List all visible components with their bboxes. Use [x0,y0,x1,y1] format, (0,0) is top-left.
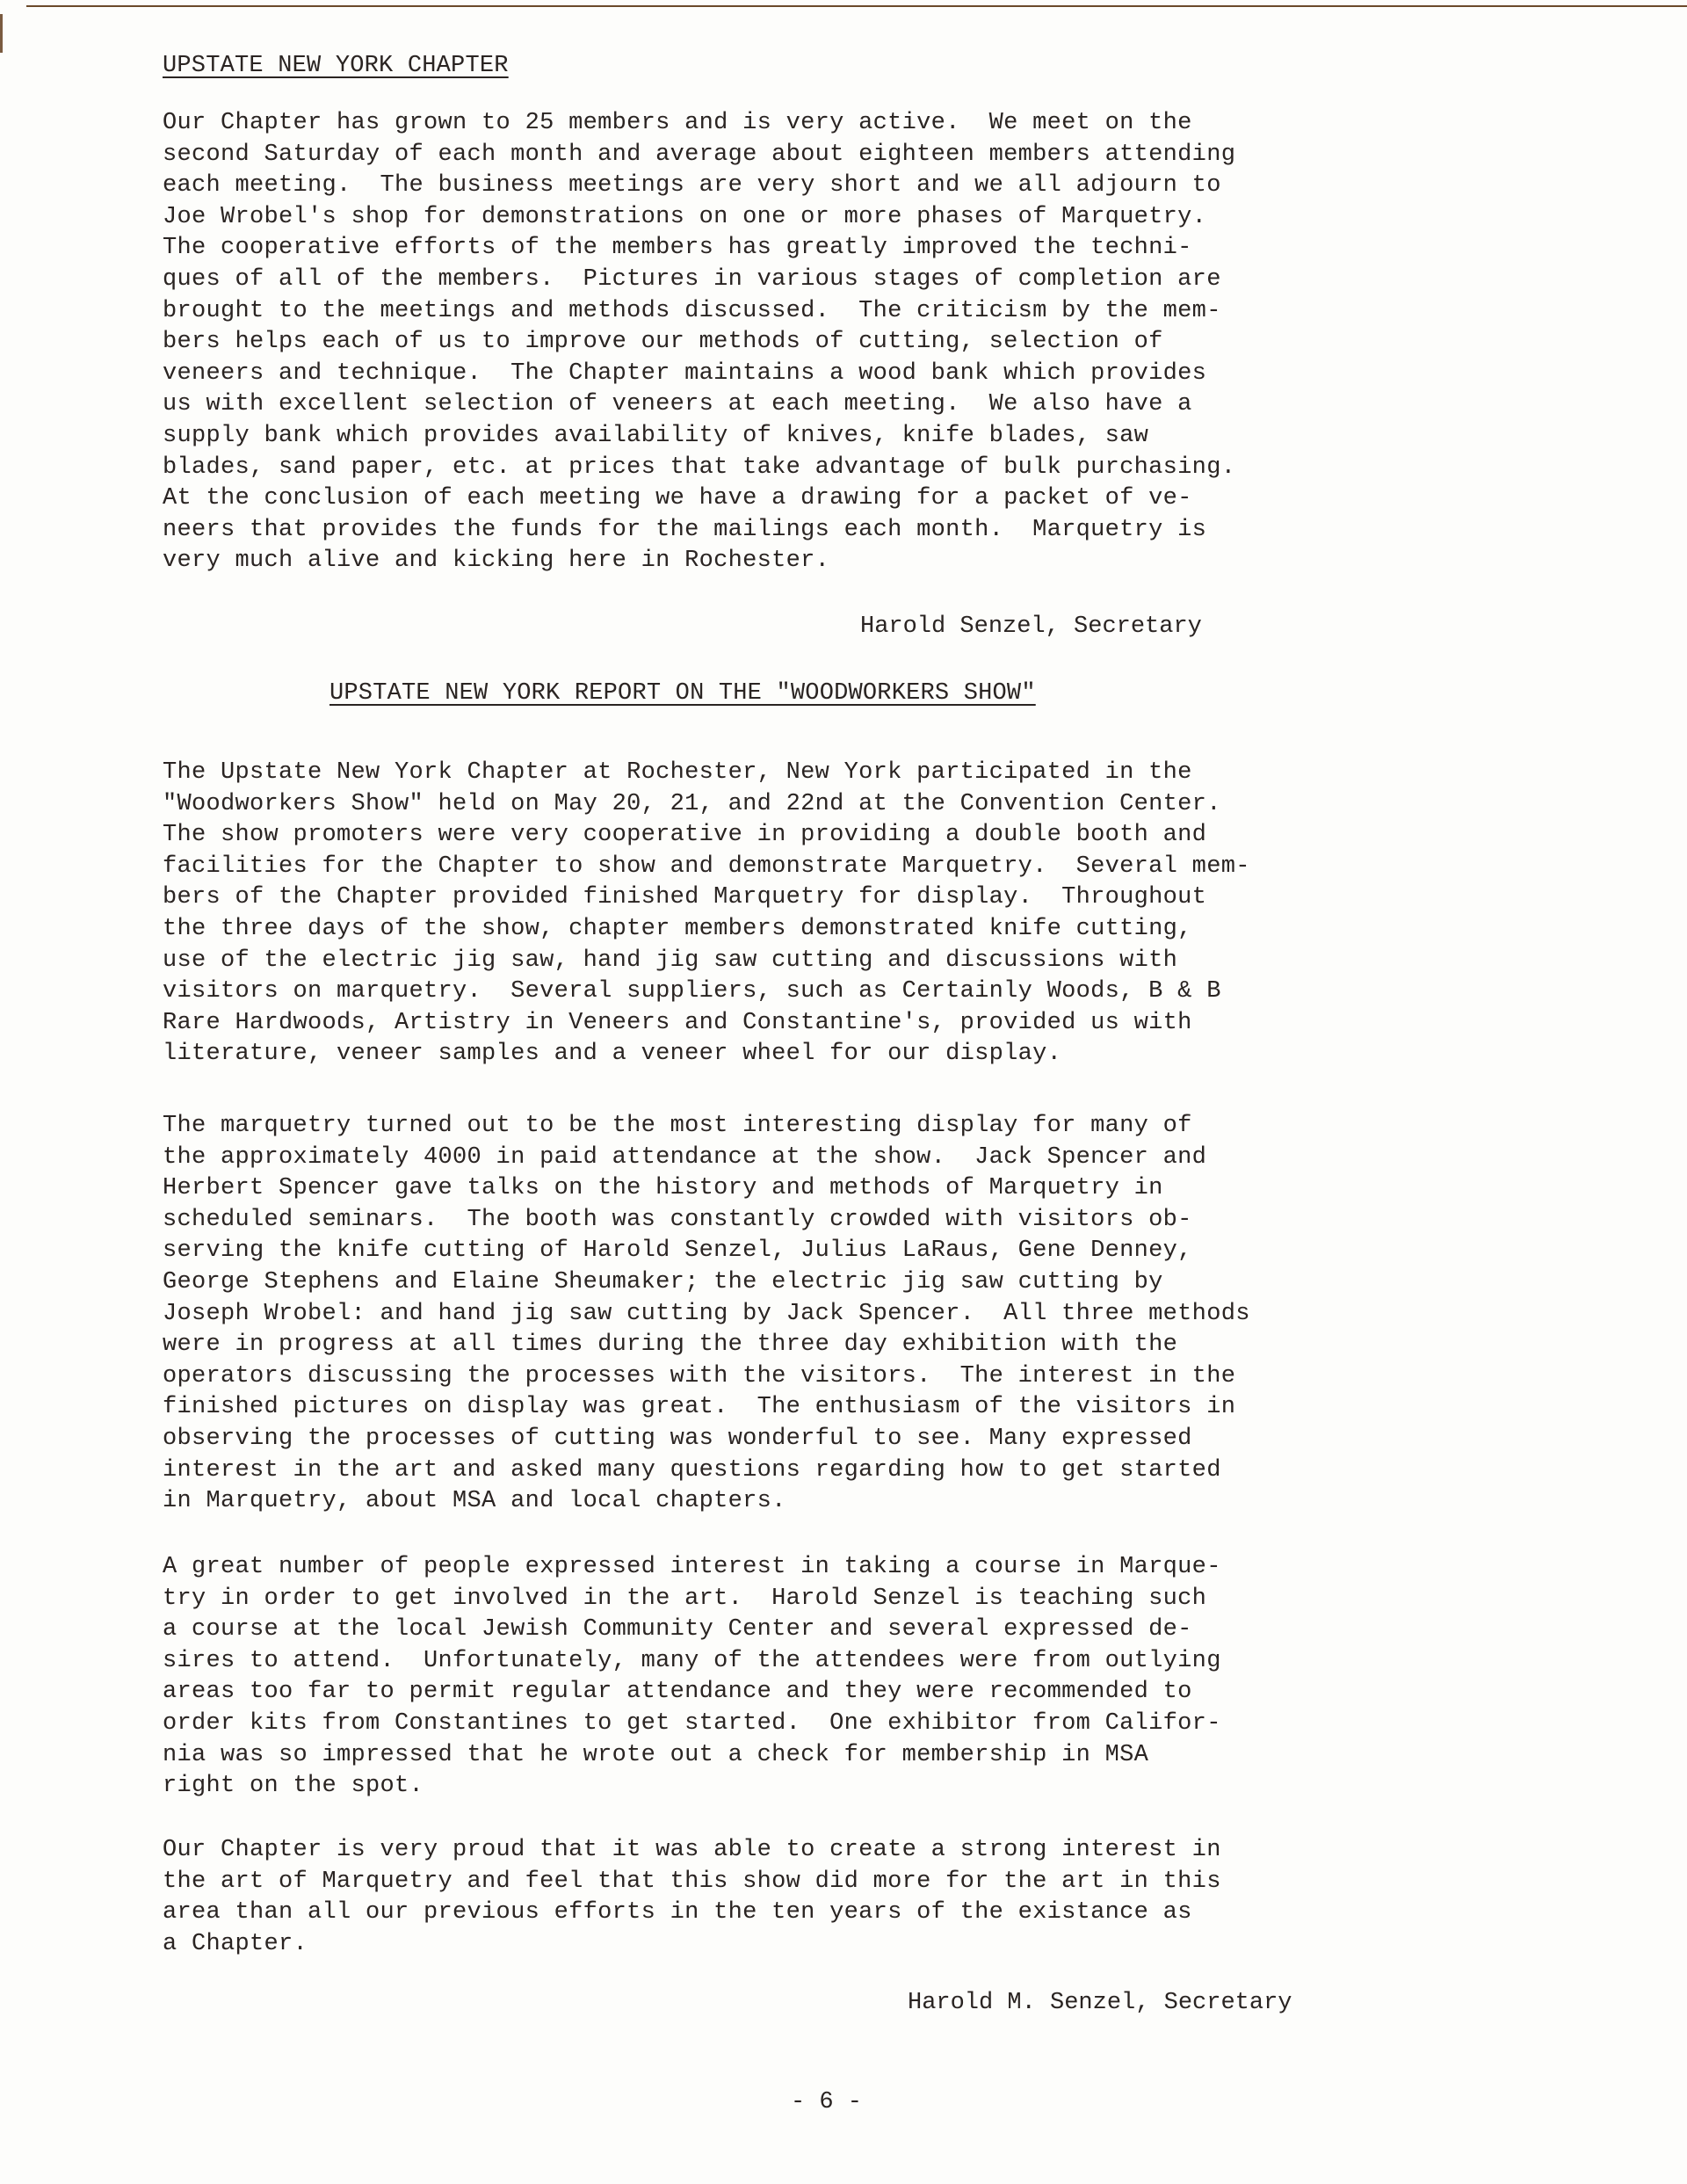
text-line: in Marquetry, about MSA and local chapte… [163,1486,1250,1518]
text-line: each meeting. The business meetings are … [163,171,1235,202]
text-line: brought to the meetings and methods disc… [163,296,1235,328]
text-line: The cooperative efforts of the members h… [163,233,1235,265]
text-line: supply bank which provides availability … [163,421,1235,453]
text-line: The Upstate New York Chapter at Rocheste… [163,758,1250,789]
page-number: - 6 - [791,2089,862,2115]
text-line: veneers and technique. The Chapter maint… [163,359,1235,390]
text-line: sires to attend. Unfortunately, many of … [163,1646,1221,1678]
text-line: ques of all of the members. Pictures in … [163,265,1235,296]
page-top-edge [26,5,1687,7]
text-line: The show promoters were very cooperative… [163,820,1250,852]
text-line: bers of the Chapter provided finished Ma… [163,882,1250,914]
text-line: the art of Marquetry and feel that this … [163,1867,1221,1898]
text-line: right on the spot. [163,1771,1221,1803]
section-2-paragraph-2: The marquetry turned out to be the most … [163,1111,1250,1518]
text-line: use of the electric jig saw, hand jig sa… [163,946,1250,977]
text-line: the approximately 4000 in paid attendanc… [163,1143,1250,1174]
text-line: bers helps each of us to improve our met… [163,327,1235,359]
section-2-paragraph-1: The Upstate New York Chapter at Rocheste… [163,758,1250,1070]
text-line: visitors on marquetry. Several suppliers… [163,976,1250,1008]
text-line: Rare Hardwoods, Artistry in Veneers and … [163,1008,1250,1040]
text-line: A great number of people expressed inter… [163,1552,1221,1584]
text-line: interest in the art and asked many quest… [163,1455,1250,1487]
text-line: George Stephens and Elaine Sheumaker; th… [163,1267,1250,1299]
text-line: Herbert Spencer gave talks on the histor… [163,1173,1250,1205]
page-corner-edge [0,14,3,53]
text-line: try in order to get involved in the art.… [163,1584,1221,1615]
section-1-signature: Harold Senzel, Secretary [860,613,1202,640]
text-line: Joseph Wrobel: and hand jig saw cutting … [163,1299,1250,1331]
text-line: At the conclusion of each meeting we hav… [163,483,1235,515]
text-line: finished pictures on display was great. … [163,1392,1250,1424]
section-1-heading: UPSTATE NEW YORK CHAPTER [163,53,509,79]
text-line: area than all our previous efforts in th… [163,1897,1221,1929]
section-2-heading: UPSTATE NEW YORK REPORT ON THE "WOODWORK… [329,680,1036,707]
section-2-paragraph-4: Our Chapter is very proud that it was ab… [163,1835,1221,1960]
text-line: "Woodworkers Show" held on May 20, 21, a… [163,789,1250,821]
text-line: nia was so impressed that he wrote out a… [163,1740,1221,1772]
text-line: The marquetry turned out to be the most … [163,1111,1250,1143]
text-line: Our Chapter is very proud that it was ab… [163,1835,1221,1867]
text-line: us with excellent selection of veneers a… [163,389,1235,421]
text-line: facilities for the Chapter to show and d… [163,852,1250,883]
section-2-signature: Harold M. Senzel, Secretary [908,1990,1292,2016]
text-line: literature, veneer samples and a veneer … [163,1039,1250,1070]
text-line: neers that provides the funds for the ma… [163,515,1235,547]
text-line: areas too far to permit regular attendan… [163,1677,1221,1709]
text-line: were in progress at all times during the… [163,1330,1250,1361]
section-1-body: Our Chapter has grown to 25 members and … [163,108,1235,577]
text-line: blades, sand paper, etc. at prices that … [163,453,1235,484]
section-2-paragraph-3: A great number of people expressed inter… [163,1552,1221,1803]
text-line: scheduled seminars. The booth was consta… [163,1205,1250,1237]
text-line: observing the processes of cutting was w… [163,1424,1250,1455]
text-line: order kits from Constantines to get star… [163,1709,1221,1740]
text-line: the three days of the show, chapter memb… [163,914,1250,946]
text-line: second Saturday of each month and averag… [163,140,1235,171]
text-line: operators discussing the processes with … [163,1361,1250,1393]
text-line: a Chapter. [163,1929,1221,1961]
text-line: Our Chapter has grown to 25 members and … [163,108,1235,140]
text-line: Joe Wrobel's shop for demonstrations on … [163,202,1235,234]
text-line: very much alive and kicking here in Roch… [163,546,1235,577]
text-line: a course at the local Jewish Community C… [163,1614,1221,1646]
text-line: serving the knife cutting of Harold Senz… [163,1236,1250,1267]
